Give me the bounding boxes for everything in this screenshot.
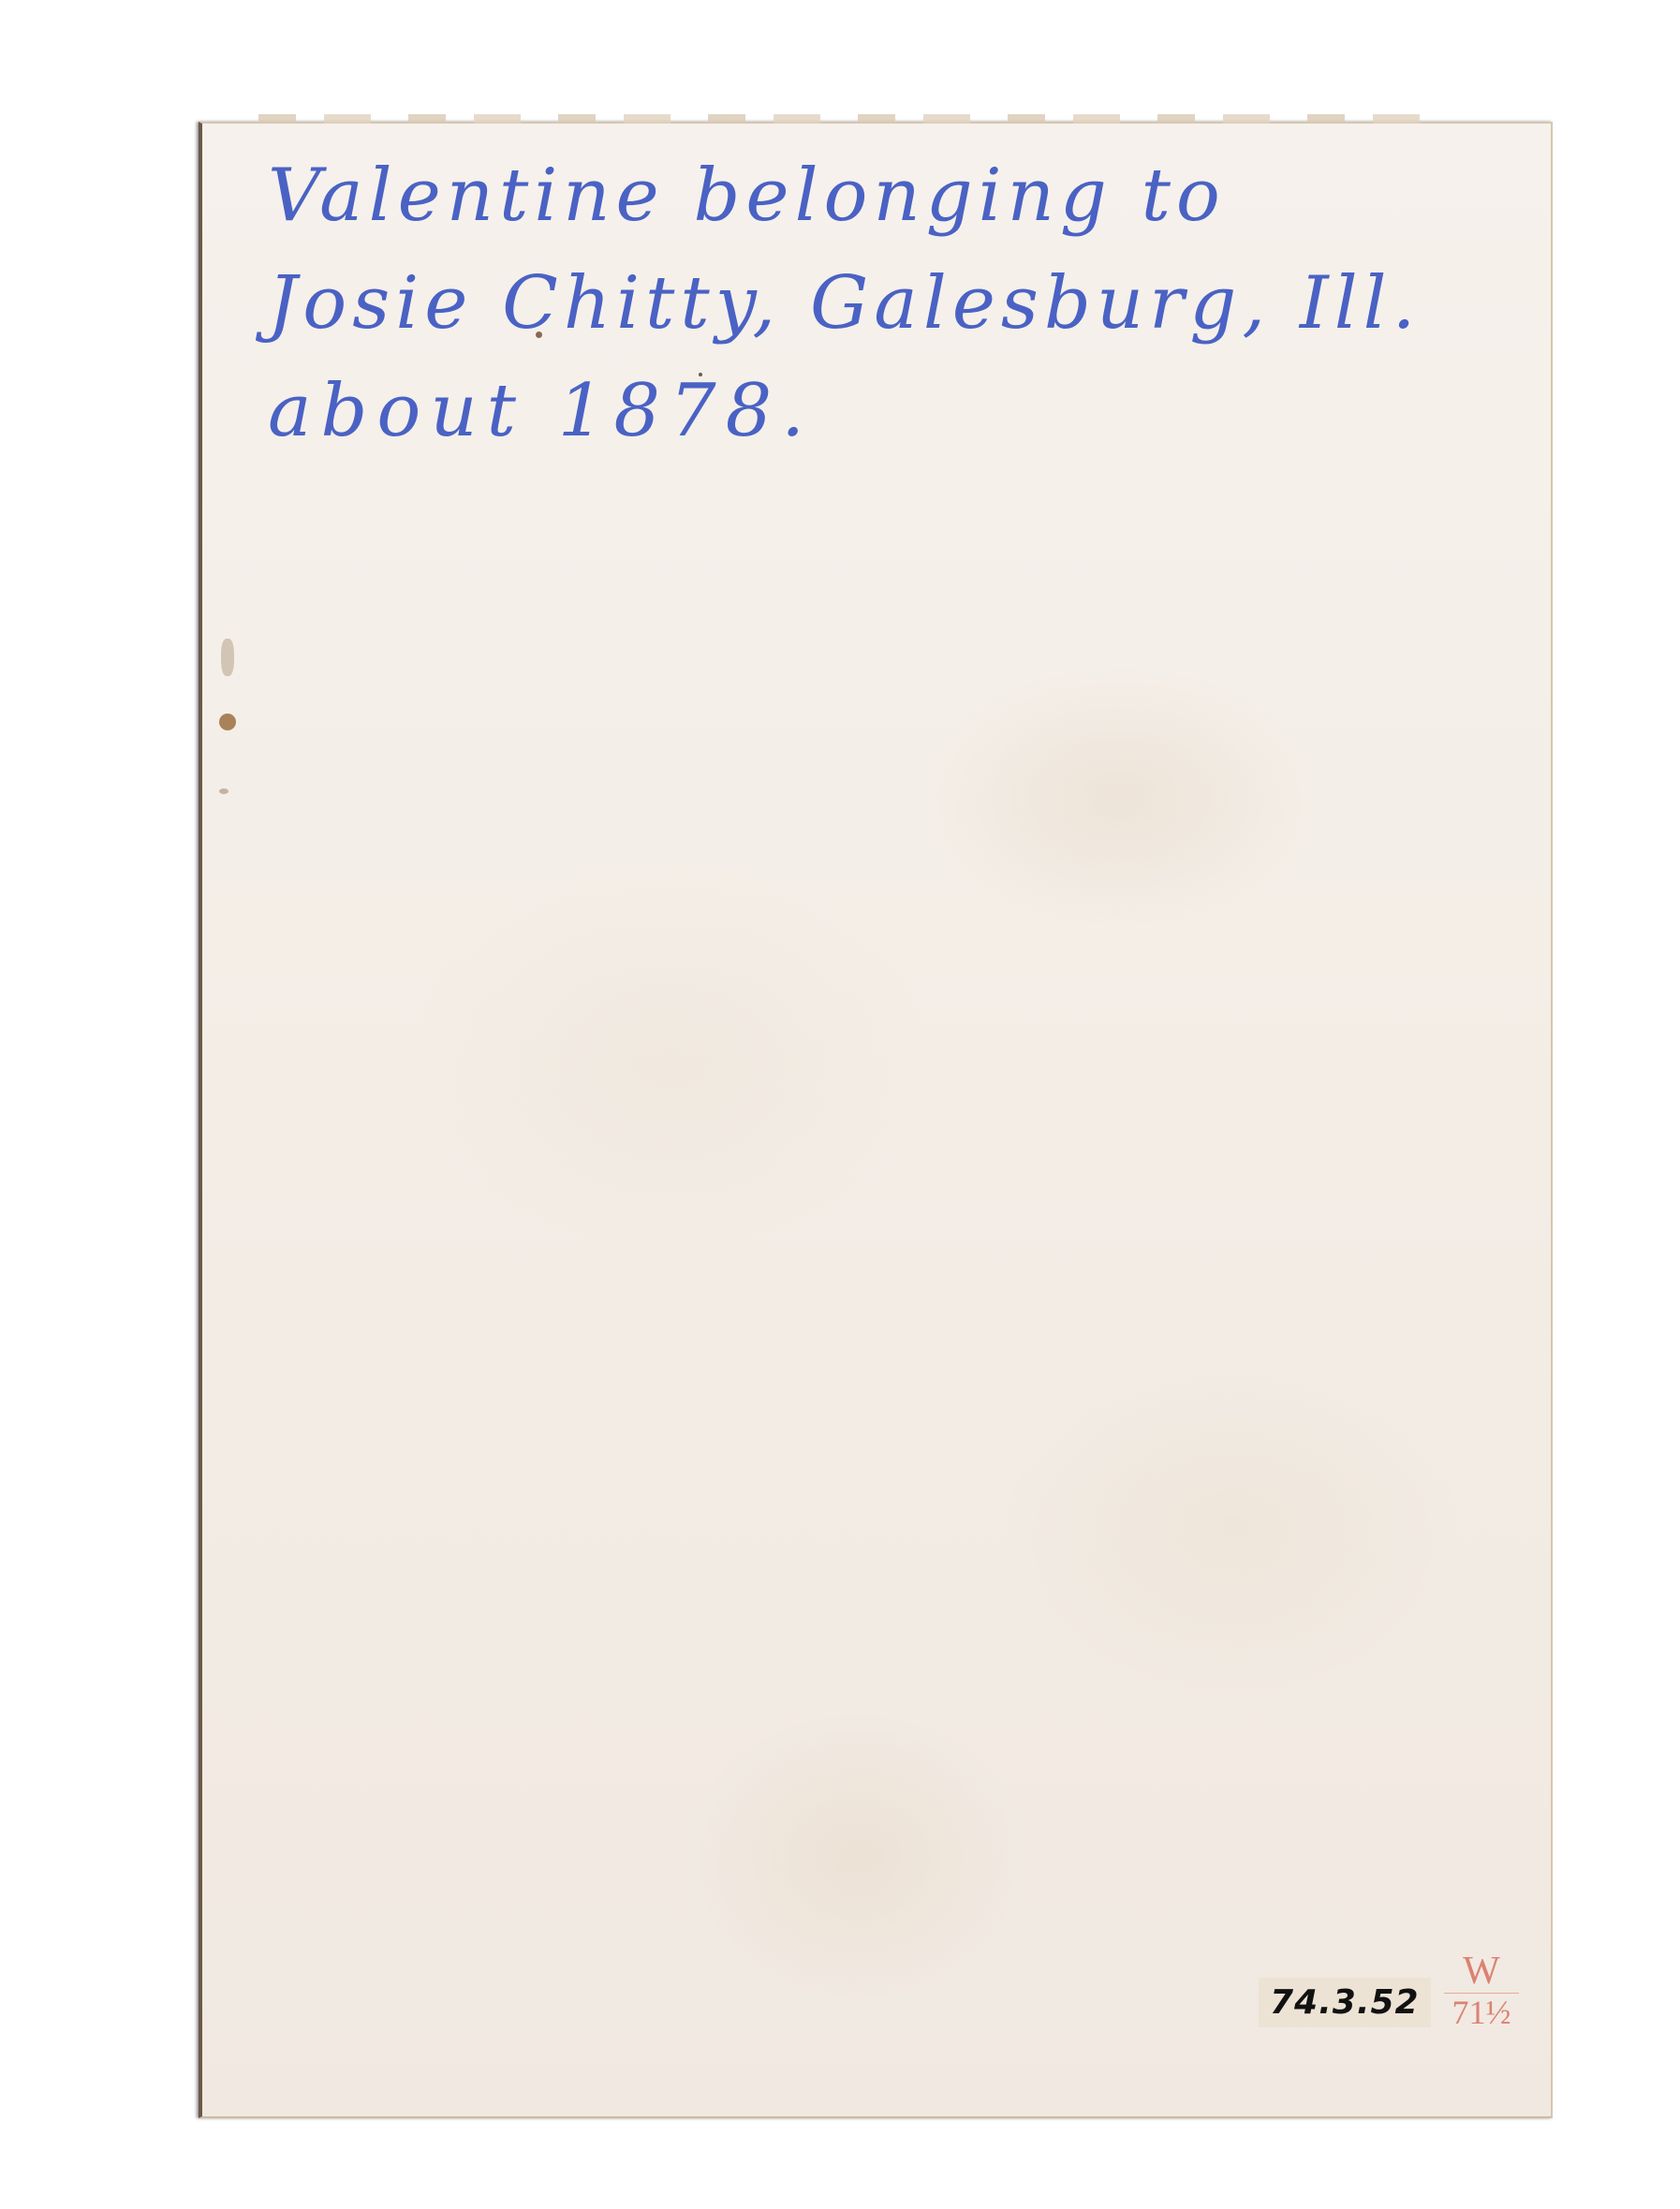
red-mark-top: W xyxy=(1444,1950,1519,1994)
inscription-line-2: Josie Chitty, Galesburg, Ill. xyxy=(268,250,1421,358)
frayed-top-edge xyxy=(258,114,1438,124)
accession-number-label: 74.3.52 xyxy=(1259,1978,1431,2027)
ink-spot xyxy=(536,331,542,338)
red-catalog-mark: W 71½ xyxy=(1444,1950,1519,2031)
valentine-card-back: Valentine belonging to Josie Chitty, Gal… xyxy=(199,122,1553,2118)
paper-damage-spot xyxy=(219,714,236,730)
inscription-line-1: Valentine belonging to xyxy=(268,142,1421,250)
handwritten-inscription: Valentine belonging to Josie Chitty, Gal… xyxy=(268,142,1421,465)
ink-spot xyxy=(699,373,702,376)
red-mark-bottom: 71½ xyxy=(1444,1994,1519,2031)
paper-crease xyxy=(221,639,234,676)
paper-crease xyxy=(219,788,228,794)
inscription-line-3: about 1878. xyxy=(268,358,1421,465)
